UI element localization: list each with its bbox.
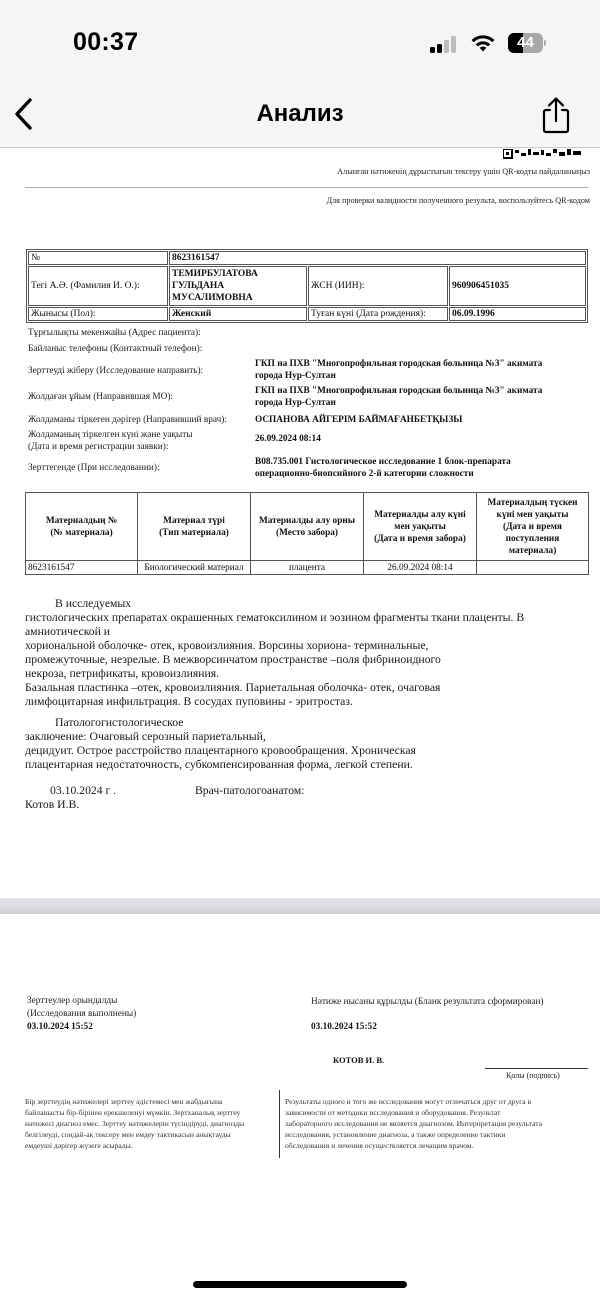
description-text: В исследуемых гистологических препаратах… <box>25 597 590 709</box>
material-received <box>477 561 589 575</box>
column-header: Материалды алу орны(Место забора) <box>251 493 364 561</box>
iin-value: 960906451035 <box>449 266 586 306</box>
formed-label: Нәтиже нысаны құрылды (Бланк результата … <box>311 996 544 1009</box>
qr-note-kz: Алынған нәтиженің дұрыстығын тексеру үші… <box>337 167 590 176</box>
material-type: Биологический материал <box>138 561 251 575</box>
material-table: Материалдың №(№ материала)Материал түрі(… <box>25 492 589 575</box>
column-header: Материалдың түскенкүні мен уақыты(Дата и… <box>477 493 589 561</box>
material-number: 8623161547 <box>26 561 138 575</box>
conclusion-text: Патологогистологическое заключение: Очаг… <box>25 716 590 772</box>
address-label: Тұрғылықты мекенжайы (Адрес пациента): <box>28 327 201 339</box>
study-value: B08.735.001 Гистологическое исследование… <box>255 456 585 480</box>
org-label: Жолдаған ұйым (Направившая МО): <box>28 391 173 403</box>
qr-note-ru: Для проверки валидности полученного резу… <box>326 196 590 205</box>
disclaimer-kz: Бір зерттеудің нәтижелері зерттеу әдісте… <box>25 1096 275 1151</box>
status-time: 00:37 <box>73 28 138 57</box>
share-icon <box>538 96 574 136</box>
page-separator <box>0 898 600 914</box>
reg-label: Жолдаманың тіркелген күні және уақыты (Д… <box>28 429 193 453</box>
signoff-name: Котов И.В. <box>25 798 590 812</box>
signoff: 03.10.2024 г . Врач-патологоанатом: Кото… <box>25 784 590 812</box>
disclaimer-ru: Результаты одного и того же исследования… <box>285 1096 590 1151</box>
number-value: 8623161547 <box>169 251 586 265</box>
battery-level: 44 <box>508 33 543 53</box>
formed-value: 03.10.2024 15:52 <box>311 1022 377 1032</box>
signature-label: Қолы (подпись) <box>506 1069 560 1082</box>
patient-info-table: № 8623161547 Тегі А.Ә. (Фамилия И. О.): … <box>26 249 588 323</box>
divider <box>279 1090 280 1158</box>
name-label: Тегі А.Ә. (Фамилия И. О.): <box>28 266 168 306</box>
reg-value: 26.09.2024 08:14 <box>255 433 585 445</box>
page-title: Анализ <box>0 100 600 128</box>
sex-value: Женский <box>169 307 307 321</box>
qr-code-icon <box>503 149 583 159</box>
doctor-label: Жолдаманы тіркеген дәрігер (Направивший … <box>28 414 227 426</box>
done-value: 03.10.2024 15:52 <box>27 1022 93 1032</box>
document-page-2: Зерттеулер орындалды (Исследования выпол… <box>0 914 600 1300</box>
wifi-icon <box>470 33 496 53</box>
signoff-date: 03.10.2024 г . <box>50 784 116 798</box>
phone-label: Байланыс телефоны (Контактный телефон): <box>28 343 202 355</box>
iin-label: ЖСН (ИИН): <box>308 266 448 306</box>
done-label: Зерттеулер орындалды (Исследования выпол… <box>27 995 136 1021</box>
doctor-value: ОСПАНОВА АЙГЕРІМ БАЙМАҒАНБЕТҚЫЗЫ <box>255 414 585 426</box>
column-header: Материалды алу күнімен уақыты(Дата и вре… <box>364 493 477 561</box>
share-button[interactable] <box>538 96 574 136</box>
signer-name: КОТОВ И. В. <box>333 1055 384 1065</box>
column-header: Материал түрі(Тип материала) <box>138 493 251 561</box>
divider <box>25 187 588 188</box>
org-value: ГКП на ПХВ "Многопрофильная городская бо… <box>255 385 585 409</box>
document-page: Алынған нәтиженің дұрыстығын тексеру үші… <box>0 149 600 889</box>
name-value: ТЕМИРБУЛАТОВА ГУЛЬДАНА МУСАЛИМОВНА <box>169 266 307 306</box>
number-label: № <box>28 251 168 265</box>
material-collected: 26.09.2024 08:14 <box>364 561 477 575</box>
battery-icon: 44 <box>508 33 546 53</box>
direct-value: ГКП на ПХВ "Многопрофильная городская бо… <box>255 358 585 382</box>
study-label: Зерттегенде (При исследовании): <box>28 462 160 474</box>
signoff-role: Врач-патологоанатом: <box>195 784 304 798</box>
home-indicator[interactable] <box>193 1281 407 1288</box>
table-row: 8623161547 Биологический материал плацен… <box>26 561 589 575</box>
sex-label: Жынысы (Пол): <box>28 307 168 321</box>
dob-label: Туған күні (Дата рождения): <box>308 307 448 321</box>
material-table-header: Материалдың №(№ материала)Материал түрі(… <box>26 493 589 561</box>
status-bar: 00:37 44 <box>0 0 600 80</box>
cellular-signal-icon <box>430 35 460 53</box>
material-place: плацента <box>251 561 364 575</box>
navigation-bar: Анализ <box>0 80 600 148</box>
column-header: Материалдың №(№ материала) <box>26 493 138 561</box>
dob-value: 06.09.1996 <box>449 307 586 321</box>
direct-label: Зерттеуді жіберу (Исследование направить… <box>28 365 203 377</box>
